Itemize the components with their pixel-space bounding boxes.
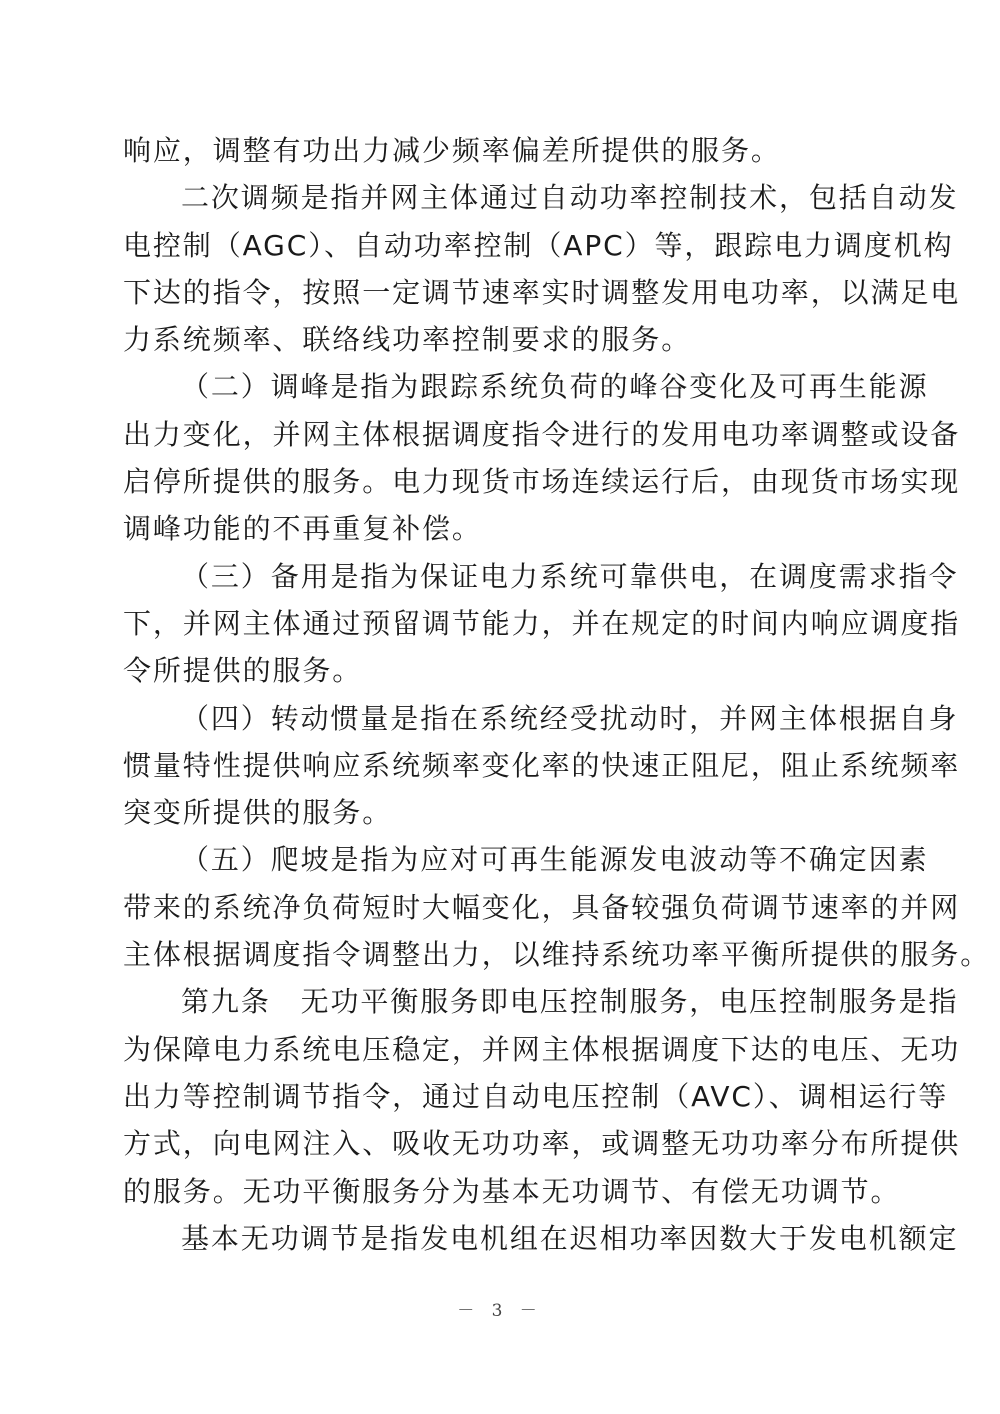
text-line-16: （五）爬坡是指为应对可再生能源发电波动等不确定因素 [123, 836, 883, 883]
text-line-3: 电控制（AGC）、自动功率控制（APC）等，跟踪电力调度机构 [123, 222, 883, 269]
text-line-23: 的服务。无功平衡服务分为基本无功调节、有偿无功调节。 [123, 1168, 883, 1215]
text-line-24: 基本无功调节是指发电机组在迟相功率因数大于发电机额定 [123, 1215, 883, 1262]
text-line-10: （三）备用是指为保证电力系统可靠供电，在调度需求指令 [123, 553, 883, 600]
text-line-9: 调峰功能的不再重复补偿。 [123, 505, 883, 552]
body-text: 响应，调整有功出力减少频率偏差所提供的服务。 二次调频是指并网主体通过自动功率控… [123, 127, 883, 1262]
text-line-14: 惯量特性提供响应系统频率变化率的快速正阻尼，阻止系统频率 [123, 742, 883, 789]
text-line-13: （四）转动惯量是指在系统经受扰动时，并网主体根据自身 [123, 695, 883, 742]
page-number: － 3 － [0, 1296, 1000, 1321]
text-line-4: 下达的指令，按照一定调节速率实时调整发用电功率，以满足电 [123, 269, 883, 316]
text-line-15: 突变所提供的服务。 [123, 789, 883, 836]
text-line-2: 二次调频是指并网主体通过自动功率控制技术，包括自动发 [123, 174, 883, 221]
text-line-12: 令所提供的服务。 [123, 647, 883, 694]
text-line-8: 启停所提供的服务。电力现货市场连续运行后，由现货市场实现 [123, 458, 883, 505]
text-line-22: 方式，向电网注入、吸收无功功率，或调整无功功率分布所提供 [123, 1120, 883, 1167]
text-line-1: 响应，调整有功出力减少频率偏差所提供的服务。 [123, 127, 883, 174]
text-line-5: 力系统频率、联络线功率控制要求的服务。 [123, 316, 883, 363]
text-line-21: 出力等控制调节指令，通过自动电压控制（AVC）、调相运行等 [123, 1073, 883, 1120]
text-line-11: 下，并网主体通过预留调节能力，并在规定的时间内响应调度指 [123, 600, 883, 647]
text-line-7: 出力变化，并网主体根据调度指令进行的发用电功率调整或设备 [123, 411, 883, 458]
text-line-18: 主体根据调度指令调整出力，以维持系统功率平衡所提供的服务。 [123, 931, 883, 978]
text-line-17: 带来的系统净负荷短时大幅变化，具备较强负荷调节速率的并网 [123, 884, 883, 931]
text-line-19: 第九条 无功平衡服务即电压控制服务，电压控制服务是指 [123, 978, 883, 1025]
text-line-20: 为保障电力系统电压稳定，并网主体根据调度下达的电压、无功 [123, 1026, 883, 1073]
document-page: 响应，调整有功出力减少频率偏差所提供的服务。 二次调频是指并网主体通过自动功率控… [0, 0, 1000, 1414]
text-line-6: （二）调峰是指为跟踪系统负荷的峰谷变化及可再生能源 [123, 363, 883, 410]
